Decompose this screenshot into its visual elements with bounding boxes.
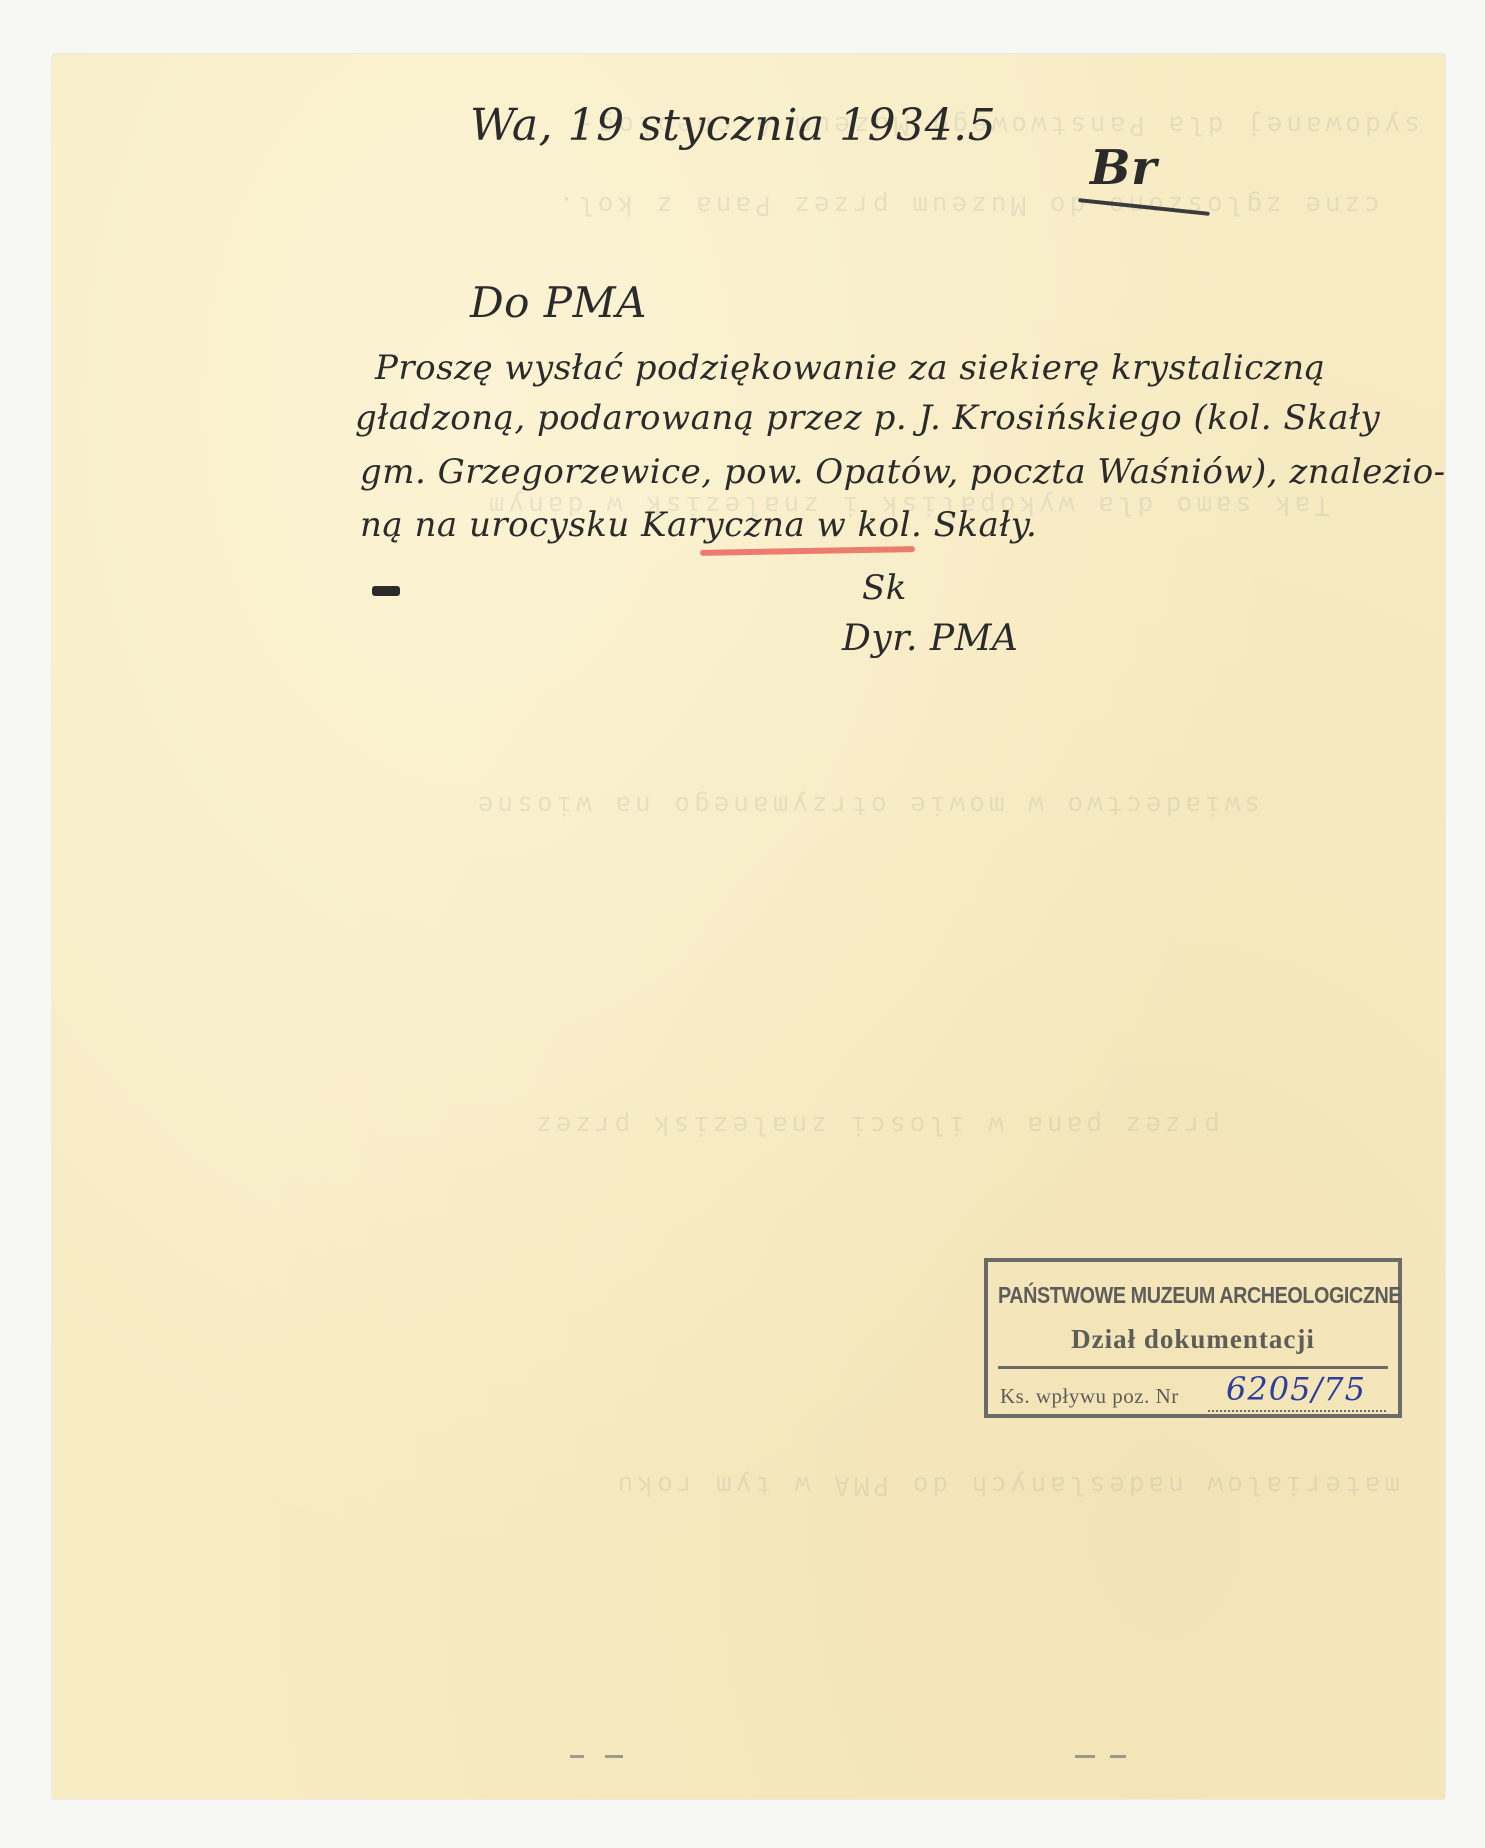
body-line-2: gładzoną, podarowaną przez p. J. Krosińs… [355,398,1380,438]
bleed-through-text: materialow nadeslanych do PMA w tym roku [614,1470,1400,1500]
signature-line-1: Sk [862,568,907,608]
bleed-mark [570,1755,584,1758]
body-line-1: Proszę wysłać podziękowanie za siekierę … [375,348,1325,388]
initials-mark: Br [1090,140,1157,196]
bleed-through-text: przez pana w ilosci znalezisk przez [532,1110,1220,1140]
scanned-document: sydowanej dla Panstwowego Muzeum Archeol… [0,0,1485,1848]
ink-scribble-mark [372,586,400,596]
date-line: Wa, 19 stycznia 1934.5 [470,100,996,151]
paper-sheet [52,54,1445,1799]
body-line-3: gm. Grzegorzewice, pow. Opatów, poczta W… [360,452,1446,492]
stamp-department: Dział dokumentacji [988,1324,1398,1355]
signature-line-2: Dyr. PMA [842,618,1018,659]
bleed-mark [1075,1755,1095,1758]
stamp-registry-number: 6205/75 [1226,1370,1366,1408]
bleed-mark [605,1755,623,1758]
bleed-mark [1110,1755,1126,1758]
stamp-registry-label: Ks. wpływu poz. Nr [1000,1384,1179,1409]
stamp-dotted-line [1208,1410,1386,1412]
bleed-through-text: swiadectwo w mowie otrzymanego na wiosne [474,790,1260,820]
stamp-title: PAŃSTWOWE MUZEUM ARCHEOLOGICZNE [998,1282,1342,1309]
bleed-through-text: czne zgloszono do Muzeum przez Pana z ko… [555,190,1380,220]
registry-stamp: PAŃSTWOWE MUZEUM ARCHEOLOGICZNE Dział do… [984,1258,1402,1418]
stamp-divider [998,1366,1388,1369]
body-line-4: ną na urocysku Karyczna w kol. Skały. [360,505,1037,545]
addressee: Do PMA [470,278,647,327]
